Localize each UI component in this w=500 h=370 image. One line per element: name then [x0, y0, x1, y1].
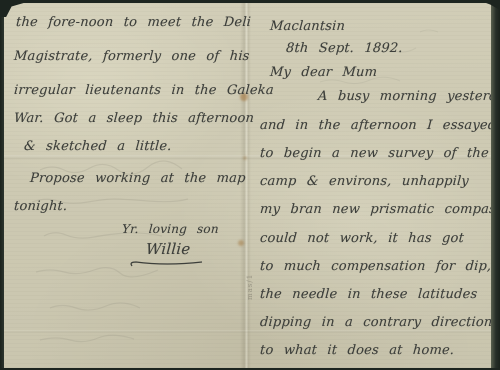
letter-line: dipping in a contrary direction [260, 316, 493, 330]
date-line: 8th Sept. 1892. [286, 42, 404, 56]
photo-edge-top [0, 0, 500, 3]
letter-line: A busy morning yesterday [318, 90, 500, 104]
place-line: Maclantsin [270, 20, 346, 34]
letter-line: War. Got a sleep this afternoon [14, 112, 255, 126]
letter-line: Magistrate, formerly one of his [14, 50, 250, 64]
letter-line: could not work, it has got [260, 232, 465, 246]
letter-line: the fore-noon to meet the Deli [16, 16, 252, 30]
foxing-spot [243, 156, 247, 160]
letter-line: Propose working at the map [30, 172, 247, 186]
letter-line: tonight. [14, 200, 68, 214]
salutation: My dear Mum [270, 66, 378, 80]
letter-line: irregular lieutenants in the Galeka [14, 84, 275, 98]
letter-scan: the fore-noon to meet the Deli Magistrat… [0, 0, 500, 370]
letter-line: the needle in these latitudes [260, 288, 478, 302]
valediction: Yr. loving son [122, 222, 220, 236]
horizontal-crease-lower [4, 330, 492, 333]
letter-line: camp & environs, unhappily [260, 175, 470, 189]
letter-line: to begin a new survey of the [260, 147, 490, 161]
letter-line: & sketched a little. [24, 140, 173, 154]
signature-underline [128, 258, 204, 268]
letter-line: and in the afternoon I essayed [260, 119, 497, 133]
photo-edge-left [0, 0, 4, 370]
letter-line: to what it does at home. [260, 344, 455, 358]
letter-line: my bran new prismatic compass [260, 203, 500, 217]
signature: Willie [146, 242, 191, 256]
archival-pencil-mark: mas/1 [246, 274, 254, 300]
photo-edge-right [491, 0, 500, 370]
letter-line: to much compensation for dip, [260, 260, 492, 274]
foxing-spot [238, 240, 244, 246]
